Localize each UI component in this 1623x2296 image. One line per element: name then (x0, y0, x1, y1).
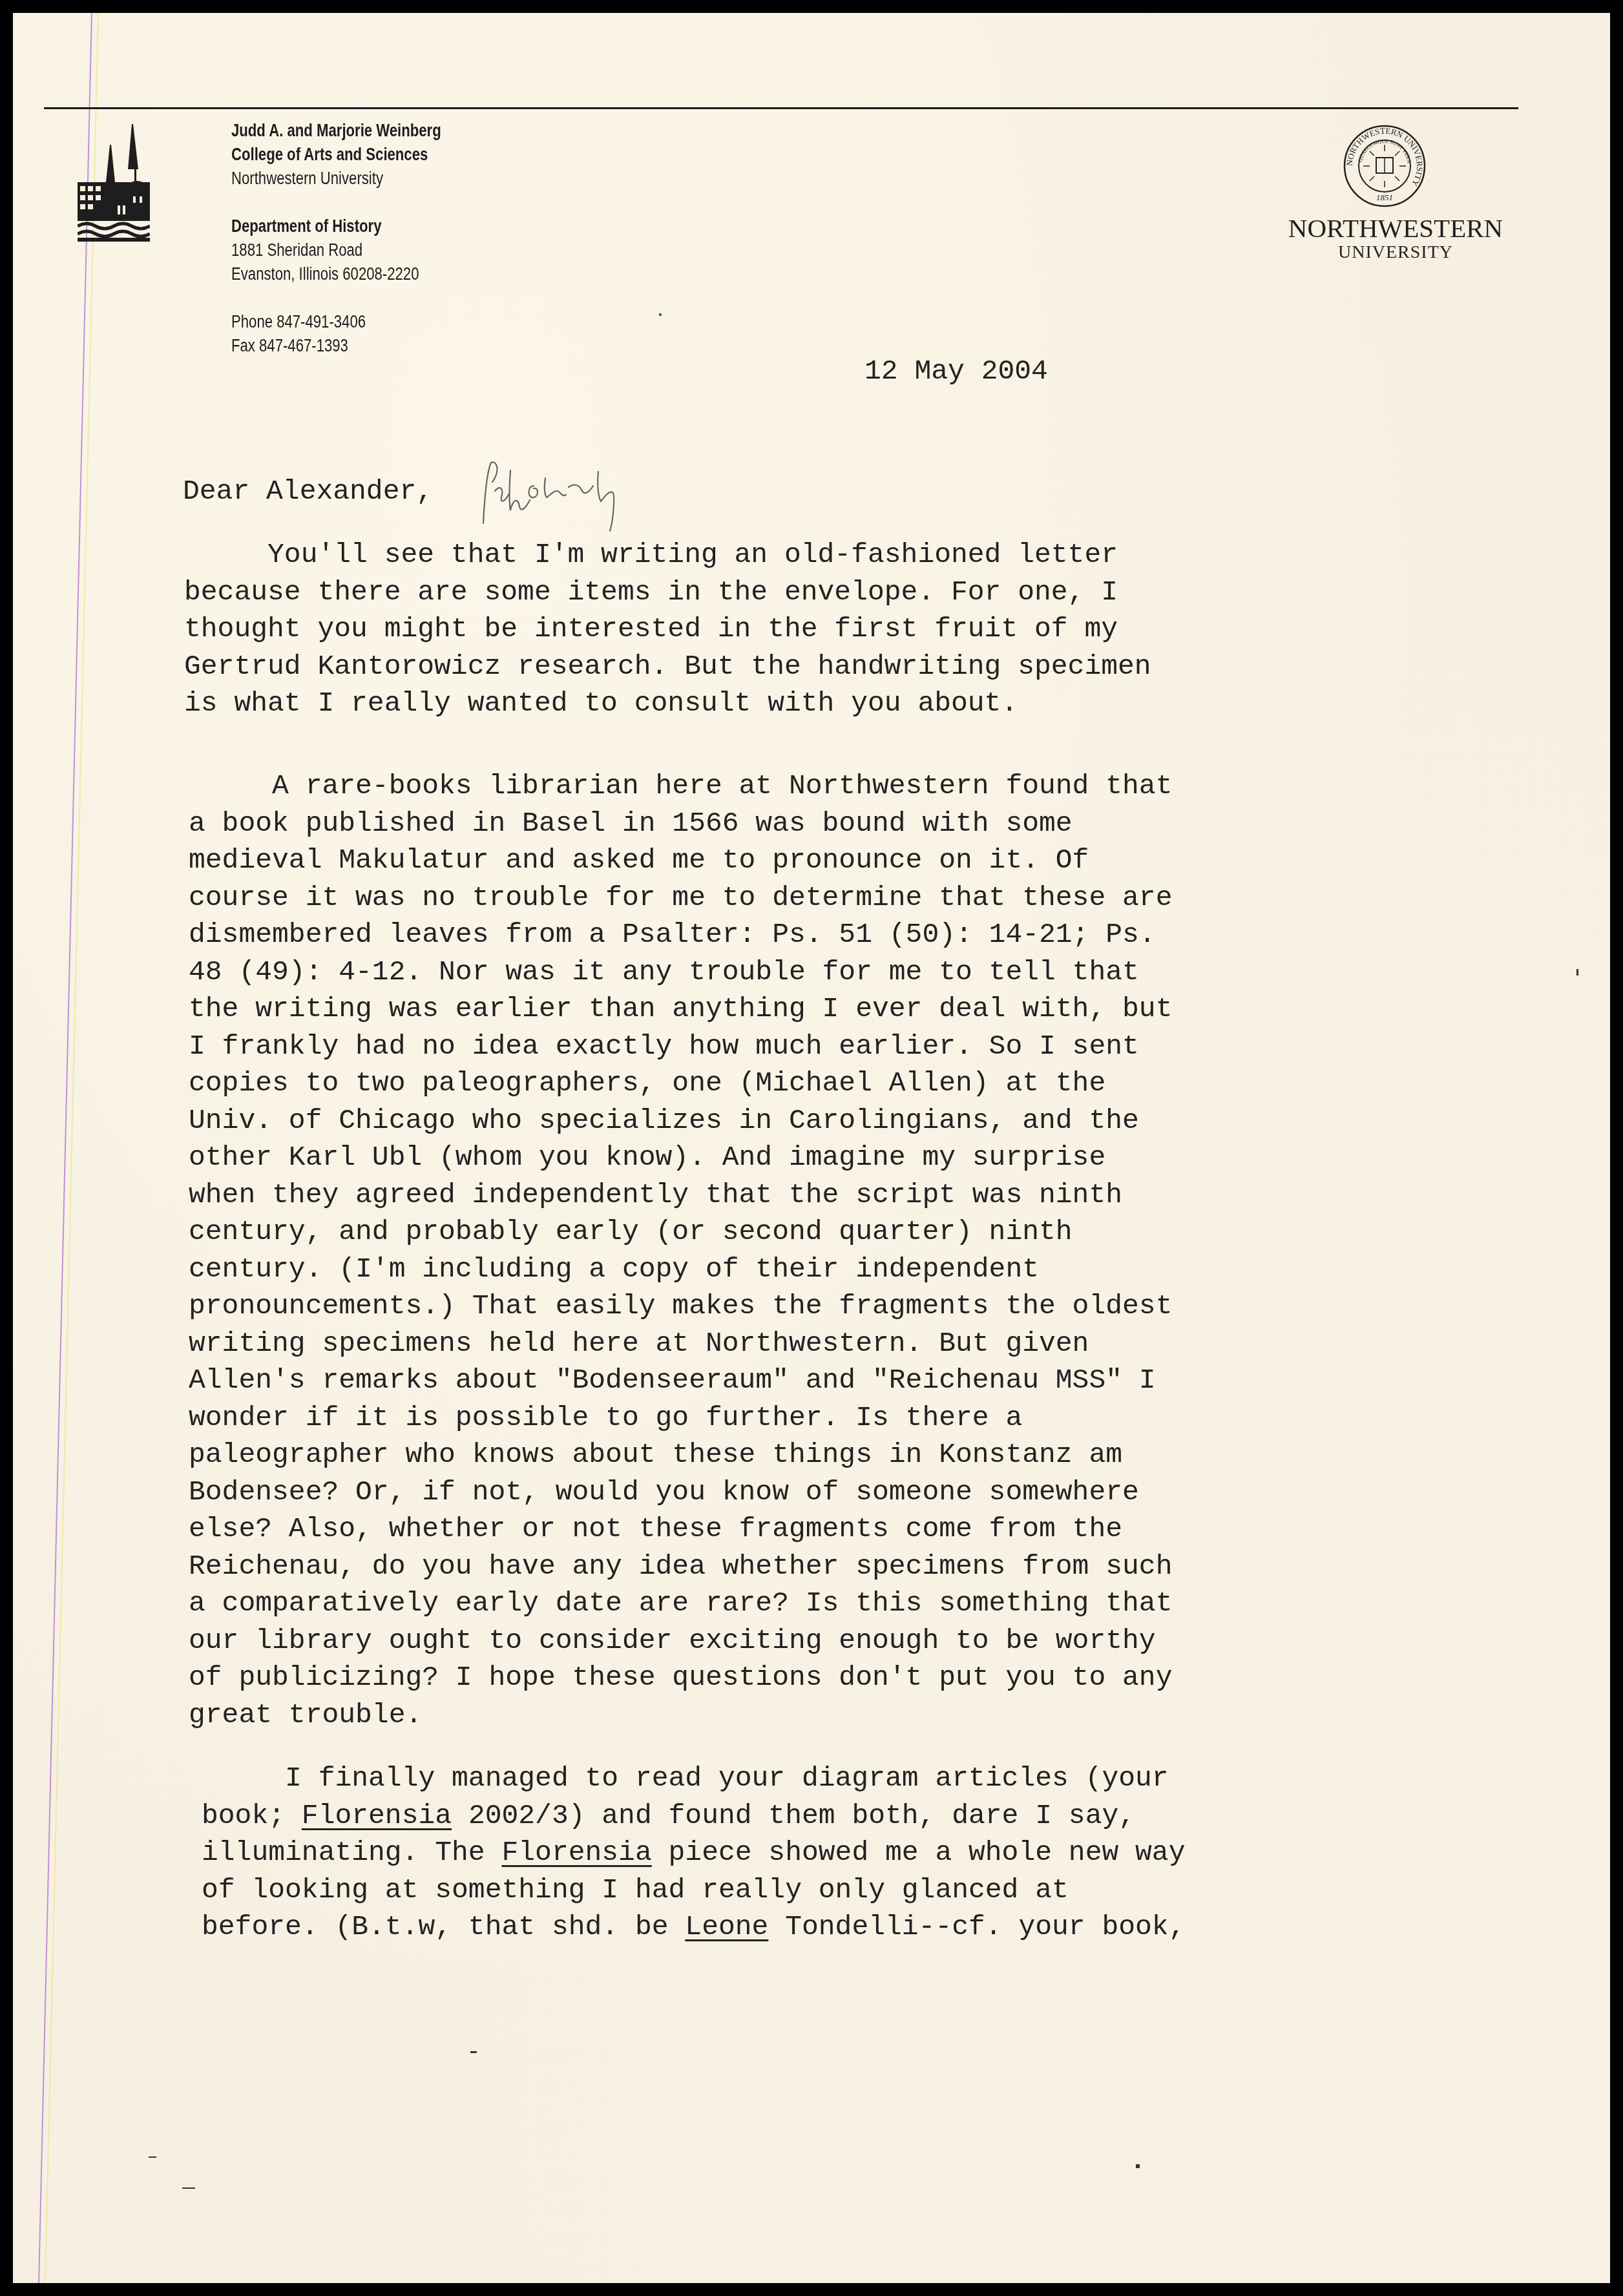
letter-page: Judd A. and Marjorie Weinberg College of… (13, 13, 1610, 2283)
letter-date: 12 May 2004 (864, 355, 1048, 387)
underlined-title-florensia: Florensia (302, 1800, 452, 1832)
paragraph-line: I finally managed to read your diagram a… (202, 1760, 1494, 1797)
paragraph-line: when they agreed independently that the … (189, 1176, 1481, 1214)
department-name: Department of History (231, 214, 441, 238)
paragraph-line: else? Also, whether or not these fragmen… (189, 1510, 1481, 1548)
paragraph-line: course it was no trouble for me to deter… (189, 879, 1481, 917)
paragraph-line: paleographer who knows about these thing… (189, 1436, 1481, 1474)
svg-text:1851: 1851 (1376, 193, 1393, 202)
handwritten-surname-annotation: Patschovsky (478, 459, 724, 536)
college-name-line1: Judd A. and Marjorie Weinberg (231, 119, 441, 143)
paragraph-line: of publicizing? I hope these questions d… (189, 1659, 1481, 1696)
paragraph-line: other Karl Ubl (whom you know). And imag… (189, 1139, 1481, 1176)
phone-number: Phone 847-491-3406 (231, 310, 441, 334)
paragraph-line: Allen's remarks about "Bodenseeraum" and… (189, 1362, 1481, 1399)
wordmark-line2: UNIVERSITY (1273, 243, 1518, 262)
scan-speck (1136, 2164, 1140, 2168)
body-paragraph-3: I finally managed to read your diagram a… (202, 1760, 1494, 1946)
paragraph-line: Univ. of Chicago who specializes in Caro… (189, 1102, 1481, 1140)
paragraph-line: Reichenau, do you have any idea whether … (189, 1548, 1481, 1585)
paragraph-line: medieval Makulatur and asked me to prono… (189, 842, 1481, 879)
paragraph-line: book; Florensia 2002/3) and found them b… (202, 1797, 1494, 1835)
salutation: Dear Alexander, (183, 475, 433, 507)
paragraph-line: I frankly had no idea exactly how much e… (189, 1028, 1481, 1065)
paragraph-line: is what I really wanted to consult with … (184, 685, 1476, 722)
paragraph-line: Gertrud Kantorowicz research. But the ha… (184, 648, 1476, 685)
underlined-title-florensia: Florensia (501, 1837, 651, 1868)
letterhead-rule (44, 107, 1518, 109)
university-seal-icon: NORTHWESTERN UNIVERSITY QUAECUMQUE SUNT … (1343, 124, 1427, 208)
paragraph-line: our library ought to consider exciting e… (189, 1622, 1481, 1660)
college-name-line2: College of Arts and Sciences (231, 143, 441, 167)
paragraph-line: copies to two paleographers, one (Michae… (189, 1065, 1481, 1102)
paragraph-line: pronouncements.) That easily makes the f… (189, 1288, 1481, 1325)
paragraph-line: the writing was earlier than anything I … (189, 990, 1481, 1028)
fax-number: Fax 847-467-1393 (231, 334, 441, 358)
underlined-name-leone: Leone (685, 1911, 768, 1943)
paragraph-line: of looking at something I had really onl… (202, 1872, 1494, 1909)
paragraph-line: century. (I'm including a copy of their … (189, 1251, 1481, 1288)
paragraph-line: century, and probably early (or second q… (189, 1213, 1481, 1251)
paragraph-line: Bodensee? Or, if not, would you know of … (189, 1474, 1481, 1511)
wordmark-line1: NORTHWESTERN (1273, 213, 1518, 243)
campus-skyline-over-water-icon (78, 124, 150, 242)
letterhead-address-block: Judd A. and Marjorie Weinberg College of… (231, 119, 487, 358)
university-wordmark: NORTHWESTERN UNIVERSITY (1273, 213, 1518, 262)
scan-speck (659, 313, 662, 316)
paragraph-line: a book published in Basel in 1566 was bo… (189, 805, 1481, 842)
scan-speck (149, 2156, 156, 2158)
paragraph-line: You'll see that I'm writing an old-fashi… (184, 536, 1476, 574)
paragraph-line: wonder if it is possible to go further. … (189, 1399, 1481, 1437)
university-name: Northwestern University (231, 167, 441, 191)
address-street: 1881 Sheridan Road (231, 238, 441, 262)
paragraph-line: because there are some items in the enve… (184, 574, 1476, 611)
paragraph-line: 48 (49): 4-12. Nor was it any trouble fo… (189, 954, 1481, 991)
paragraph-line: dismembered leaves from a Psalter: Ps. 5… (189, 916, 1481, 954)
paragraph-line: illuminating. The Florensia piece showed… (202, 1834, 1494, 1872)
address-city: Evanston, Illinois 60208-2220 (231, 262, 441, 286)
paragraph-line: before. (B.t.w, that shd. be Leone Tonde… (202, 1908, 1494, 1946)
body-paragraph-2: A rare-books librarian here at Northwest… (189, 767, 1481, 1733)
body-paragraph-1: You'll see that I'm writing an old-fashi… (184, 536, 1476, 722)
paragraph-line: thought you might be interested in the f… (184, 611, 1476, 648)
scan-speck (1576, 969, 1578, 976)
paragraph-line: writing specimens held here at Northwest… (189, 1325, 1481, 1362)
paragraph-line: a comparatively early date are rare? Is … (189, 1585, 1481, 1622)
scan-speck (470, 2051, 477, 2053)
scan-speck (182, 2187, 195, 2189)
paragraph-line: great trouble. (189, 1696, 1481, 1734)
paragraph-line: A rare-books librarian here at Northwest… (189, 767, 1481, 805)
